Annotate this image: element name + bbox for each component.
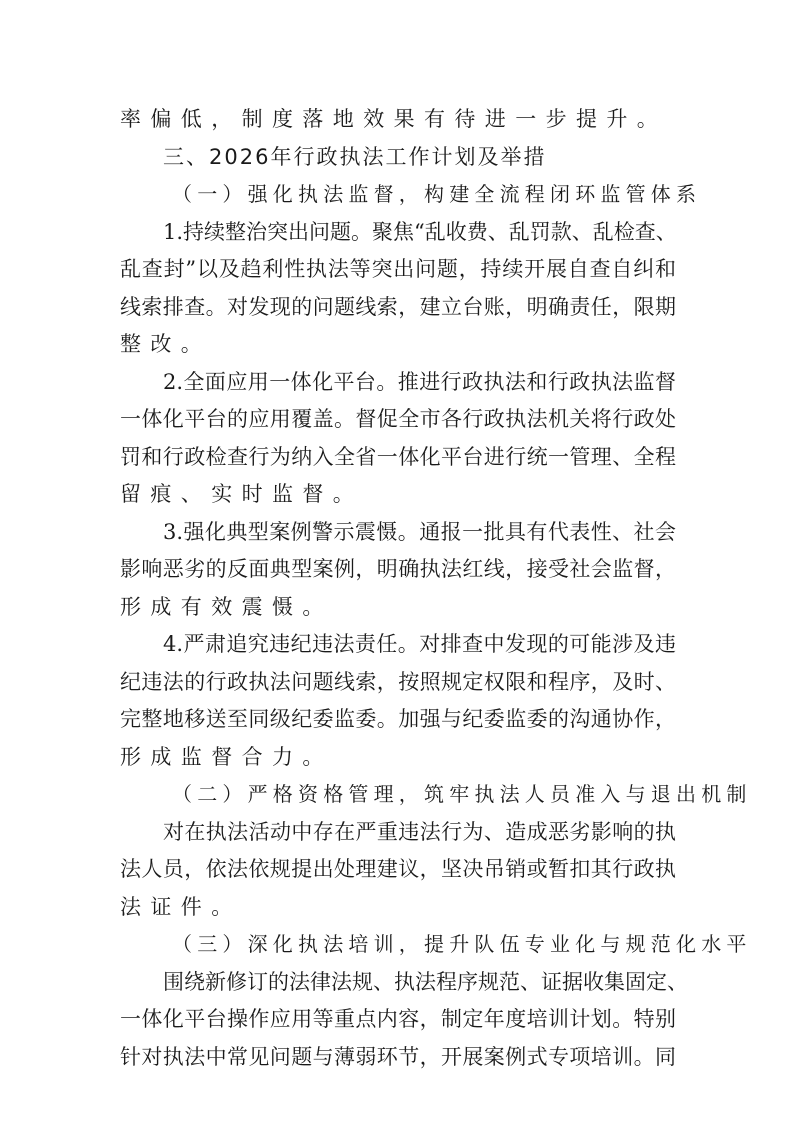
paragraph-line: 形成有效震慑。 (120, 589, 676, 627)
paragraph-line: 一体化平台的应用覆盖。督促全市各行政执法机关将行政处 (120, 401, 676, 439)
paragraph-line: 纪违法的行政执法问题线索，按照规定权限和程序，及时、 (120, 664, 676, 702)
paragraph-line: 一体化平台操作应用等重点内容，制定年度培训计划。特别 (120, 1001, 676, 1039)
paragraph-continuation: 率偏低，制度落地效果有待进一步提升。 (120, 101, 676, 139)
paragraph-line: 法证件。 (120, 889, 676, 927)
paragraph-line: 围绕新修订的法律法规、执法程序规范、证据收集固定、 (120, 964, 676, 1002)
paragraph-line: 乱查封”以及趋利性执法等突出问题，持续开展自查自纠和 (120, 251, 676, 289)
paragraph-line: 线索排查。对发现的问题线索，建立台账，明确责任，限期 (120, 289, 676, 327)
paragraph-line: 留痕、实时监督。 (120, 476, 676, 514)
subsection-heading-1: （一）强化执法监督，构建全流程闭环监管体系 (120, 176, 676, 214)
paragraph-line: 法人员，依法依规提出处理建议，坚决吊销或暂扣其行政执 (120, 851, 676, 889)
paragraph-line: 影响恶劣的反面典型案例，明确执法红线，接受社会监督， (120, 551, 676, 589)
paragraph-line: 形成监督合力。 (120, 739, 676, 777)
paragraph-line: 罚和行政检查行为纳入全省一体化平台进行统一管理、全程 (120, 439, 676, 477)
paragraph-line: 整改。 (120, 326, 676, 364)
subsection-heading-3: （三）深化执法培训，提升队伍专业化与规范化水平 (120, 926, 676, 964)
paragraph-line: 2.全面应用一体化平台。推进行政执法和行政执法监督 (120, 364, 676, 402)
paragraph-line: 完整地移送至同级纪委监委。加强与纪委监委的沟通协作， (120, 701, 676, 739)
document-page: 率偏低，制度落地效果有待进一步提升。 三、2026年行政执法工作计划及举措 （一… (120, 101, 676, 1076)
paragraph-line: 对在执法活动中存在严重违法行为、造成恶劣影响的执 (120, 814, 676, 852)
paragraph-line: 针对执法中常见问题与薄弱环节，开展案例式专项培训。同 (120, 1039, 676, 1077)
paragraph-line: 4.严肃追究违纪违法责任。对排查中发现的可能涉及违 (120, 626, 676, 664)
subsection-heading-2: （二）严格资格管理，筑牢执法人员准入与退出机制 (120, 776, 676, 814)
paragraph-line: 1.持续整治突出问题。聚焦“乱收费、乱罚款、乱检查、 (120, 214, 676, 252)
section-heading-3: 三、2026年行政执法工作计划及举措 (120, 139, 676, 177)
paragraph-line: 3.强化典型案例警示震慑。通报一批具有代表性、社会 (120, 514, 676, 552)
